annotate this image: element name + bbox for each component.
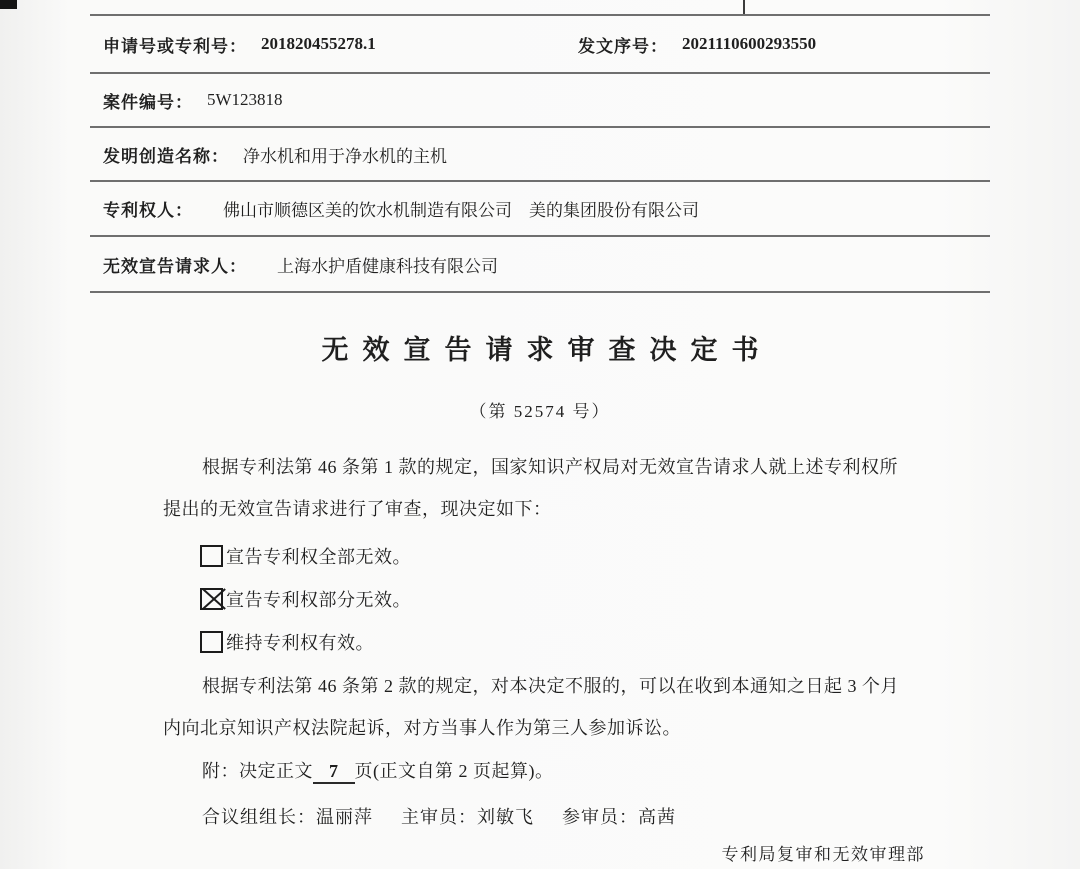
checkbox-icon xyxy=(200,545,223,567)
scan-corner-artifact xyxy=(0,0,17,9)
case-number-value: 5W123818 xyxy=(207,90,283,110)
paragraph-line: 内向北京知识产权法院起诉，对方当事人作为第三人参加诉讼。 xyxy=(90,707,990,749)
attachment-prefix: 附：决定正文 xyxy=(202,761,313,781)
document-title: 无效宣告请求审查决定书 xyxy=(90,328,990,367)
paragraph-line: 根据专利法第 46 条第 1 款的规定，国家知识产权局对无效宣告请求人就上述专利… xyxy=(90,446,990,488)
panel-members-line: 合议组组长：温丽萍 主审员：刘敏飞 参审员：高茜 xyxy=(90,796,990,838)
header-row-invention-title: 发明创造名称： 净水机和用于净水机的主机 xyxy=(90,128,990,182)
case-number-label: 案件编号： xyxy=(103,88,193,113)
attachment-page-count: 7 xyxy=(313,760,355,784)
decision-number: （第 52574 号） xyxy=(90,397,990,422)
document-body: 无效宣告请求审查决定书 （第 52574 号） 根据专利法第 46 条第 1 款… xyxy=(90,292,990,869)
application-number-value: 201820455278.1 xyxy=(261,34,376,54)
checkbox-checked-icon xyxy=(200,588,223,610)
header-row-patentee: 专利权人： 佛山市顺德区美的饮水机制造有限公司 美的集团股份有限公司 xyxy=(90,182,990,237)
paragraph-line: 提出的无效宣告请求进行了审查，现决定如下： xyxy=(90,488,990,530)
invention-title-value: 净水机和用于净水机的主机 xyxy=(243,142,447,167)
header-row-case-number: 案件编号： 5W123818 xyxy=(90,74,990,128)
patentee-value: 佛山市顺德区美的饮水机制造有限公司 美的集团股份有限公司 xyxy=(223,196,699,221)
issuing-department: 专利局复审和无效审理部 xyxy=(90,840,990,869)
header-row-application-number: 申请号或专利号： 201820455278.1 发文序号： 2021110600… xyxy=(90,16,990,74)
paragraph-line: 根据专利法第 46 条第 2 款的规定，对本决定不服的，可以在收到本通知之日起 … xyxy=(90,665,990,707)
dispatch-number-value: 2021110600293550 xyxy=(682,34,816,54)
attachment-suffix: 页(正文自第 2 页起算)。 xyxy=(355,761,554,781)
header-row-petitioner: 无效宣告请求人： 上海水护盾健康科技有限公司 xyxy=(90,237,990,293)
attachment-note: 附：决定正文7页(正文自第 2 页起算)。 xyxy=(90,750,990,792)
spacer xyxy=(534,796,562,838)
petitioner-label: 无效宣告请求人： xyxy=(103,252,247,277)
option-fully-invalid: 宣告专利权全部无效。 xyxy=(90,534,990,577)
panel-participating-examiner: 参审员：高茜 xyxy=(562,796,676,838)
checkbox-icon xyxy=(200,631,223,653)
option-label: 维持专利权有效。 xyxy=(226,629,374,655)
paragraph-appeal-rights: 根据专利法第 46 条第 2 款的规定，对本决定不服的，可以在收到本通知之日起 … xyxy=(90,665,990,749)
spacer xyxy=(373,796,401,838)
panel-leader: 合议组组长：温丽萍 xyxy=(202,796,373,838)
application-number-label: 申请号或专利号： xyxy=(103,32,247,57)
dispatch-number-pair: 发文序号： 2021110600293550 xyxy=(578,16,816,72)
petitioner-value: 上海水护盾健康科技有限公司 xyxy=(277,252,498,277)
option-label: 宣告专利权部分无效。 xyxy=(226,586,411,612)
panel-chief-examiner: 主审员：刘敏飞 xyxy=(401,796,534,838)
document-header-table: 申请号或专利号： 201820455278.1 发文序号： 2021110600… xyxy=(90,14,990,293)
option-maintain-valid: 维持专利权有效。 xyxy=(90,620,990,663)
paragraph-legal-basis: 根据专利法第 46 条第 1 款的规定，国家知识产权局对无效宣告请求人就上述专利… xyxy=(90,446,990,530)
option-label: 宣告专利权全部无效。 xyxy=(226,543,411,569)
decision-options: 宣告专利权全部无效。 宣告专利权部分无效。 维持专利权有效。 xyxy=(90,534,990,663)
option-partially-invalid: 宣告专利权部分无效。 xyxy=(90,577,990,620)
patent-decision-document: 申请号或专利号： 201820455278.1 发文序号： 2021110600… xyxy=(0,0,1080,869)
invention-title-label: 发明创造名称： xyxy=(103,142,229,167)
dispatch-number-label: 发文序号： xyxy=(578,32,668,57)
table-top-tick-line xyxy=(743,0,745,15)
patentee-label: 专利权人： xyxy=(103,196,193,221)
